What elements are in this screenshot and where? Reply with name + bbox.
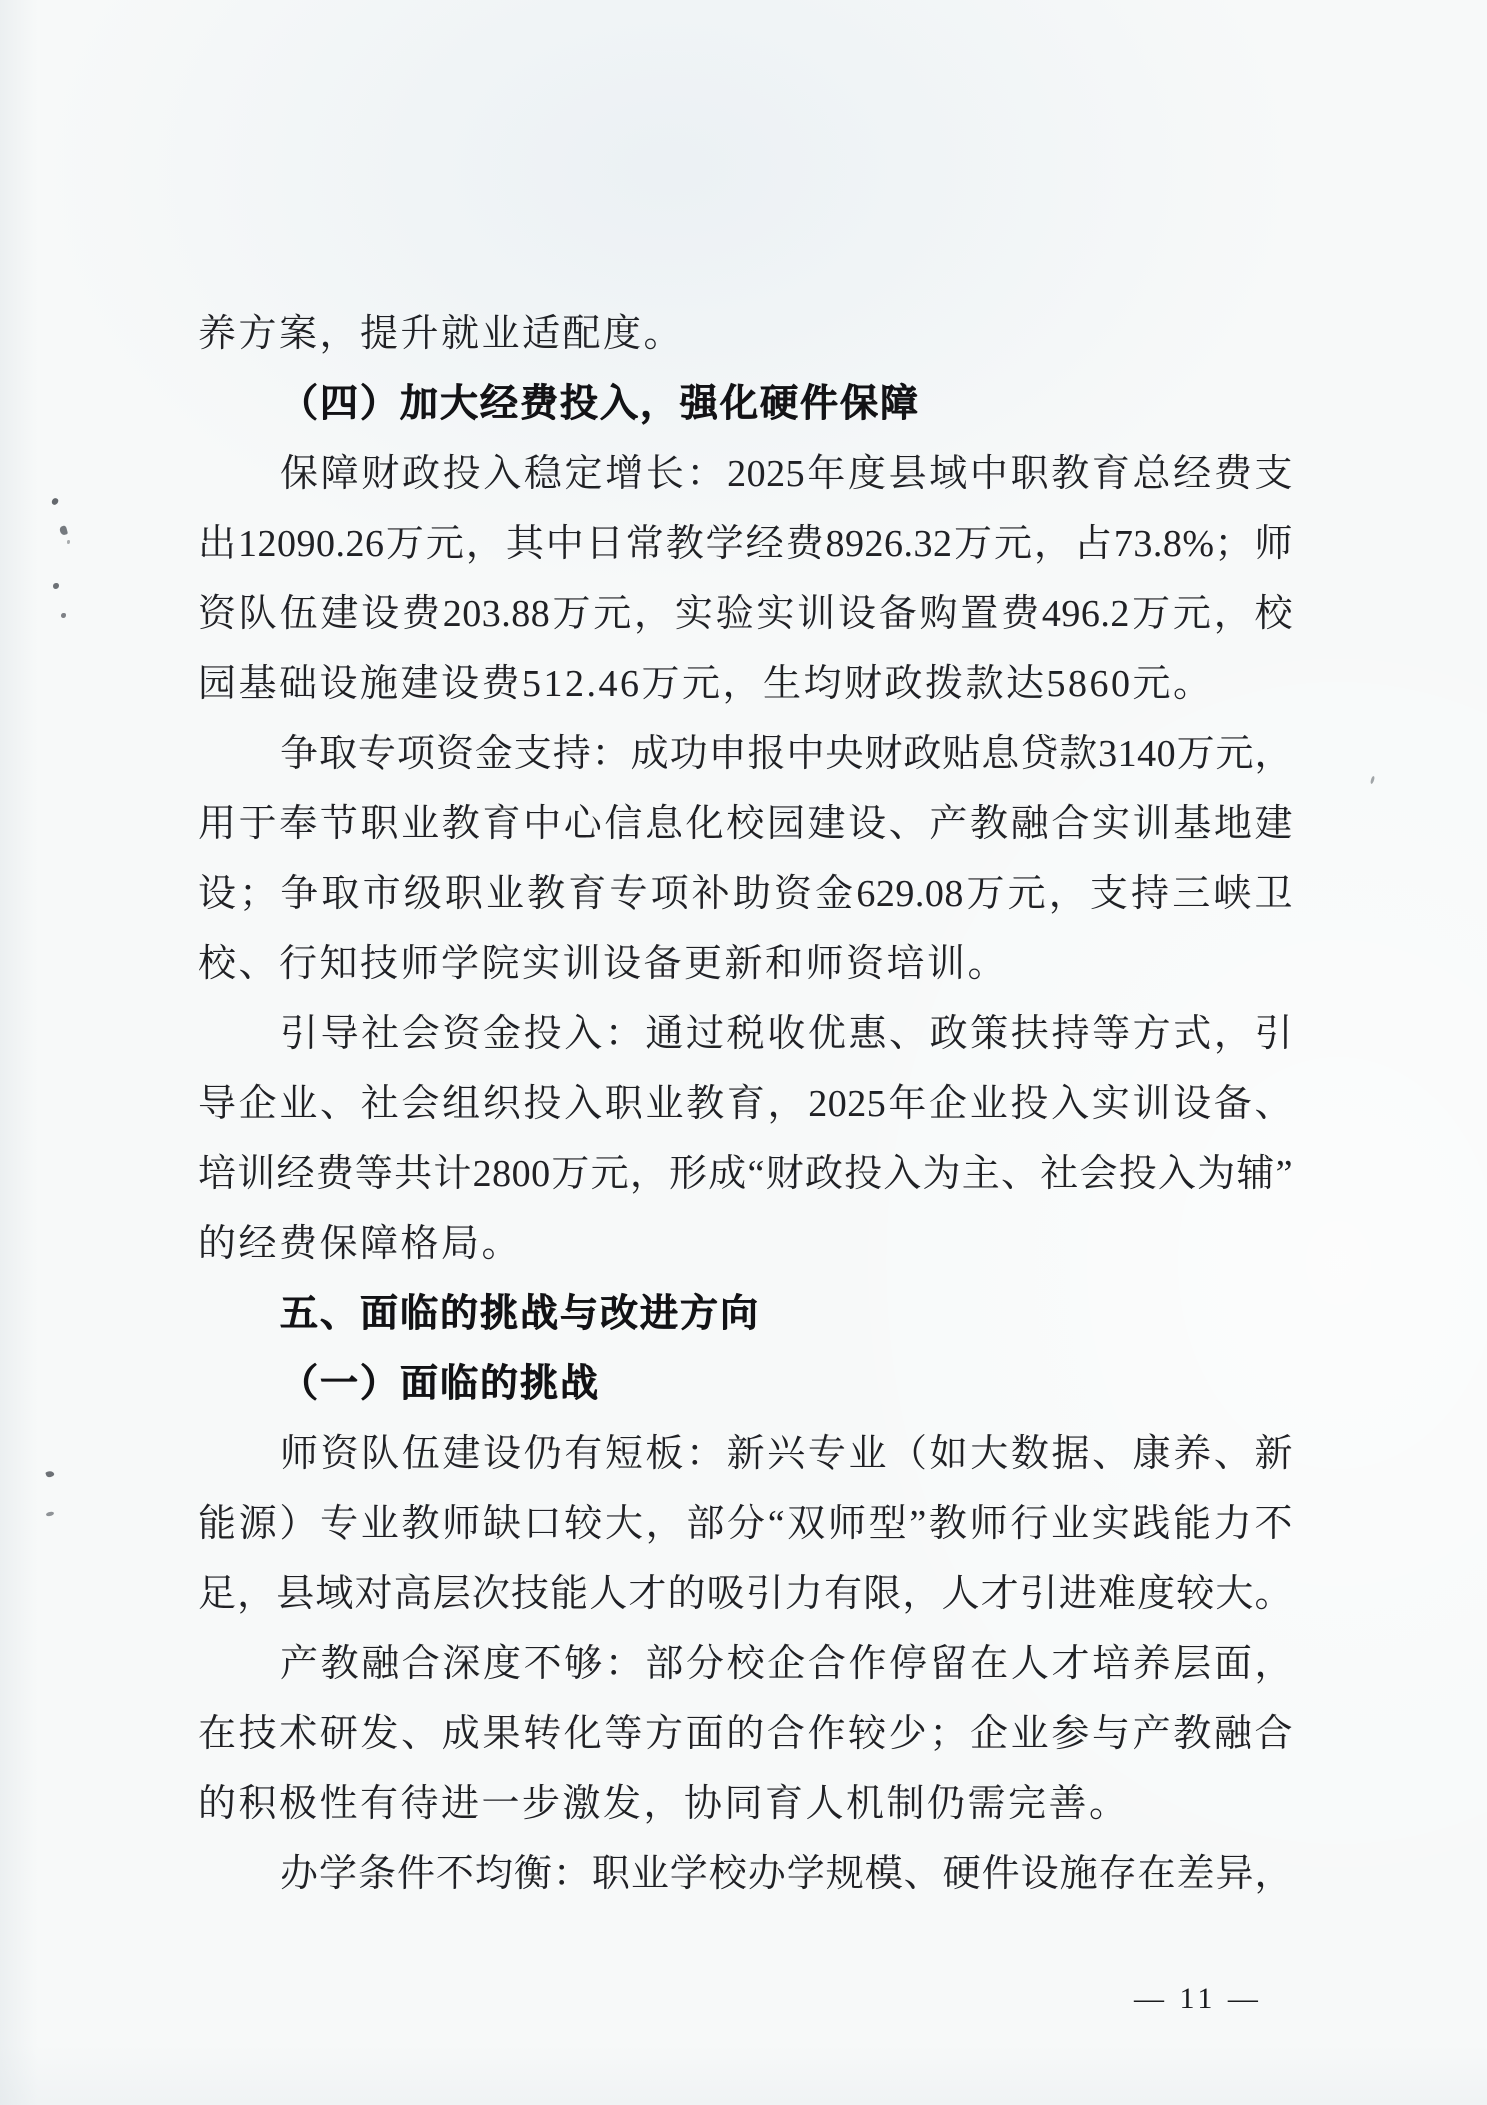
scan-speck: [53, 583, 59, 589]
text-line: 师资队伍建设仍有短板：新兴专业（如大数据、康养、新: [198, 1419, 1293, 1489]
scan-speck: [59, 525, 68, 536]
page-number: — 11 —: [1108, 1982, 1288, 2016]
text-line: 培训经费等共计2800万元，形成“财政投入为主、社会投入为辅”: [198, 1139, 1293, 1209]
scanned-document-page: 养方案，提升就业适配度。 （四）加大经费投入，强化硬件保障 保障财政投入稳定增长…: [0, 0, 1487, 2105]
text-line: 导企业、社会组织投入职业教育，2025年企业投入实训设备、: [198, 1069, 1293, 1139]
text-line: 的经费保障格局。: [198, 1209, 1293, 1279]
text-line: 校、行知技师学院实训设备更新和师资培训。: [198, 929, 1293, 999]
document-body: 养方案，提升就业适配度。 （四）加大经费投入，强化硬件保障 保障财政投入稳定增长…: [198, 299, 1293, 1909]
text-line: 办学条件不均衡：职业学校办学规模、硬件设施存在差异，: [198, 1839, 1293, 1909]
scan-speck: [45, 1470, 55, 1478]
scan-speck: [1370, 776, 1375, 785]
text-line: 用于奉节职业教育中心信息化校园建设、产教融合实训基地建: [198, 789, 1293, 859]
scan-speck: [51, 497, 59, 506]
section-heading-four: （四）加大经费投入，强化硬件保障: [198, 369, 1293, 439]
text-line: 争取专项资金支持：成功申报中央财政贴息贷款3140万元，: [198, 719, 1293, 789]
text-line: 出12090.26万元，其中日常教学经费8926.32万元，占73.8%；师: [198, 509, 1293, 579]
text-line: 在技术研发、成果转化等方面的合作较少；企业参与产教融合: [198, 1699, 1293, 1769]
subsection-heading-one: （一）面临的挑战: [198, 1349, 1293, 1419]
text-line: 设；争取市级职业教育专项补助资金629.08万元，支持三峡卫: [198, 859, 1293, 929]
text-line: 足，县域对高层次技能人才的吸引力有限，人才引进难度较大。: [198, 1559, 1293, 1629]
text-line: 园基础设施建设费512.46万元，生均财政拨款达5860元。: [198, 649, 1293, 719]
text-line: 资队伍建设费203.88万元，实验实训设备购置费496.2万元，校: [198, 579, 1293, 649]
text-line: 养方案，提升就业适配度。: [198, 299, 1293, 369]
text-line: 保障财政投入稳定增长：2025年度县域中职教育总经费支: [198, 439, 1293, 509]
text-line: 的积极性有待进一步激发，协同育人机制仍需完善。: [198, 1769, 1293, 1839]
scan-speck: [46, 1511, 55, 1516]
text-line: 产教融合深度不够：部分校企合作停留在人才培养层面，: [198, 1629, 1293, 1699]
scan-speck: [67, 540, 70, 544]
text-line: 引导社会资金投入：通过税收优惠、政策扶持等方式，引: [198, 999, 1293, 1069]
scan-speck: [61, 613, 66, 618]
text-line: 能源）专业教师缺口较大，部分“双师型”教师行业实践能力不: [198, 1489, 1293, 1559]
section-heading-five: 五、面临的挑战与改进方向: [198, 1279, 1293, 1349]
